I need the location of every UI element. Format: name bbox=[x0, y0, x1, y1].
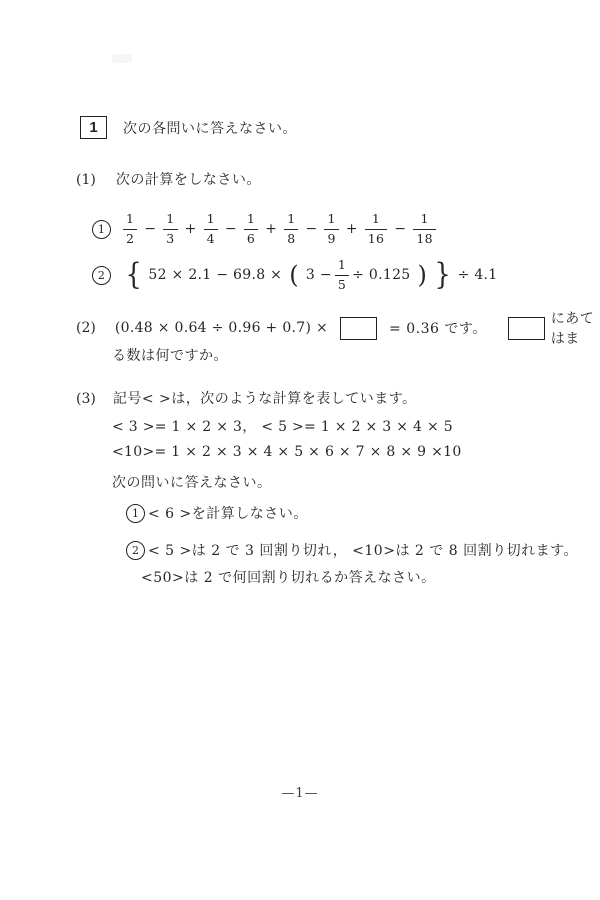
operator: − bbox=[305, 221, 317, 237]
right-brace: } bbox=[435, 260, 451, 290]
operator: + bbox=[346, 221, 358, 237]
fraction: 18 bbox=[284, 213, 298, 245]
fraction: 15 bbox=[335, 259, 349, 291]
question-1-prompt: 次の計算をしなさい。 bbox=[116, 169, 261, 189]
question-3-label: (3) bbox=[76, 391, 96, 407]
circled-2-marker: 2 bbox=[126, 541, 145, 560]
circled-2-marker: 2 bbox=[92, 266, 111, 285]
question-3-sub-2-line-2: <50>は 2 で何回割り切れるか答えなさい。 bbox=[141, 567, 436, 587]
section-header: 1 次の各問いに答えなさい。 bbox=[80, 116, 297, 139]
left-brace: { bbox=[125, 260, 141, 290]
question-2-line-2: る数は何ですか。 bbox=[112, 345, 228, 365]
question-3-definition-2: <10>= 1 × 2 × 3 × 4 × 5 × 6 × 7 × 8 × 9 … bbox=[112, 444, 462, 460]
expression-segment: 52 × 2.1 − 69.8 × bbox=[148, 267, 282, 283]
question-2-label: (2) bbox=[76, 320, 96, 336]
question-2-text: にあてはま bbox=[551, 308, 600, 348]
operator: + bbox=[185, 221, 197, 237]
question-1: (1) 次の計算をしなさい。 bbox=[76, 169, 261, 189]
expression-segment: (0.48 × 0.64 ÷ 0.96 + 0.7) × bbox=[115, 320, 328, 336]
section-title: 次の各問いに答えなさい。 bbox=[123, 118, 297, 138]
right-paren: ) bbox=[418, 263, 428, 287]
question-3-sub-1-text: < 6 >を計算しなさい。 bbox=[148, 503, 308, 523]
exam-page: 1 次の各問いに答えなさい。 (1) 次の計算をしなさい。 1 12 − 13 … bbox=[0, 0, 600, 900]
question-3-sub-2-text: < 5 >は 2 で 3 回割り切れ， <10>は 2 で 8 回割り切れます。 bbox=[148, 540, 578, 560]
expression-segment: 3 − bbox=[306, 267, 332, 283]
fraction: 19 bbox=[324, 213, 338, 245]
question-3-sub-1: 1 < 6 >を計算しなさい。 bbox=[126, 503, 308, 523]
question-3: (3) 記号< >は，次のような計算を表しています。 bbox=[76, 388, 417, 408]
question-2-line-1: (2) (0.48 × 0.64 ÷ 0.96 + 0.7) × = 0.36 … bbox=[76, 314, 600, 342]
left-paren: ( bbox=[289, 263, 299, 287]
expression-1: 1 12 − 13 + 14 − 16 + 18 − 19 + 116 − 11… bbox=[92, 205, 436, 253]
page-number: —1— bbox=[0, 786, 600, 801]
question-3-sub-2-line-1: 2 < 5 >は 2 で 3 回割り切れ， <10>は 2 で 8 回割り切れま… bbox=[126, 540, 578, 560]
question-1-label: (1) bbox=[76, 172, 96, 188]
answer-blank-box bbox=[508, 317, 545, 340]
fraction: 116 bbox=[365, 213, 388, 245]
scan-artifact bbox=[112, 54, 132, 63]
operator: − bbox=[225, 221, 237, 237]
equals-text: = 0.36 です。 bbox=[389, 318, 487, 338]
fraction: 16 bbox=[244, 213, 258, 245]
circled-1-marker: 1 bbox=[92, 220, 111, 239]
question-3-prompt: 次の問いに答えなさい。 bbox=[112, 472, 272, 492]
operator: − bbox=[394, 221, 406, 237]
fraction: 12 bbox=[123, 213, 137, 245]
answer-blank-box bbox=[340, 317, 377, 340]
fraction: 118 bbox=[413, 213, 436, 245]
question-3-definition-1: < 3 >= 1 × 2 × 3， < 5 >= 1 × 2 × 3 × 4 ×… bbox=[112, 416, 453, 436]
circled-1-marker: 1 bbox=[126, 504, 145, 523]
operator: − bbox=[144, 221, 156, 237]
fraction: 14 bbox=[204, 213, 218, 245]
expression-segment: ÷ 0.125 bbox=[352, 267, 410, 283]
expression-2: 2 { 52 × 2.1 − 69.8 × ( 3 − 15 ÷ 0.125 )… bbox=[92, 251, 501, 299]
question-3-intro: 記号< >は，次のような計算を表しています。 bbox=[113, 388, 417, 408]
expression-segment: ÷ 4.1 bbox=[458, 267, 498, 283]
section-number-box: 1 bbox=[80, 116, 107, 139]
operator: + bbox=[265, 221, 277, 237]
fraction: 13 bbox=[163, 213, 177, 245]
